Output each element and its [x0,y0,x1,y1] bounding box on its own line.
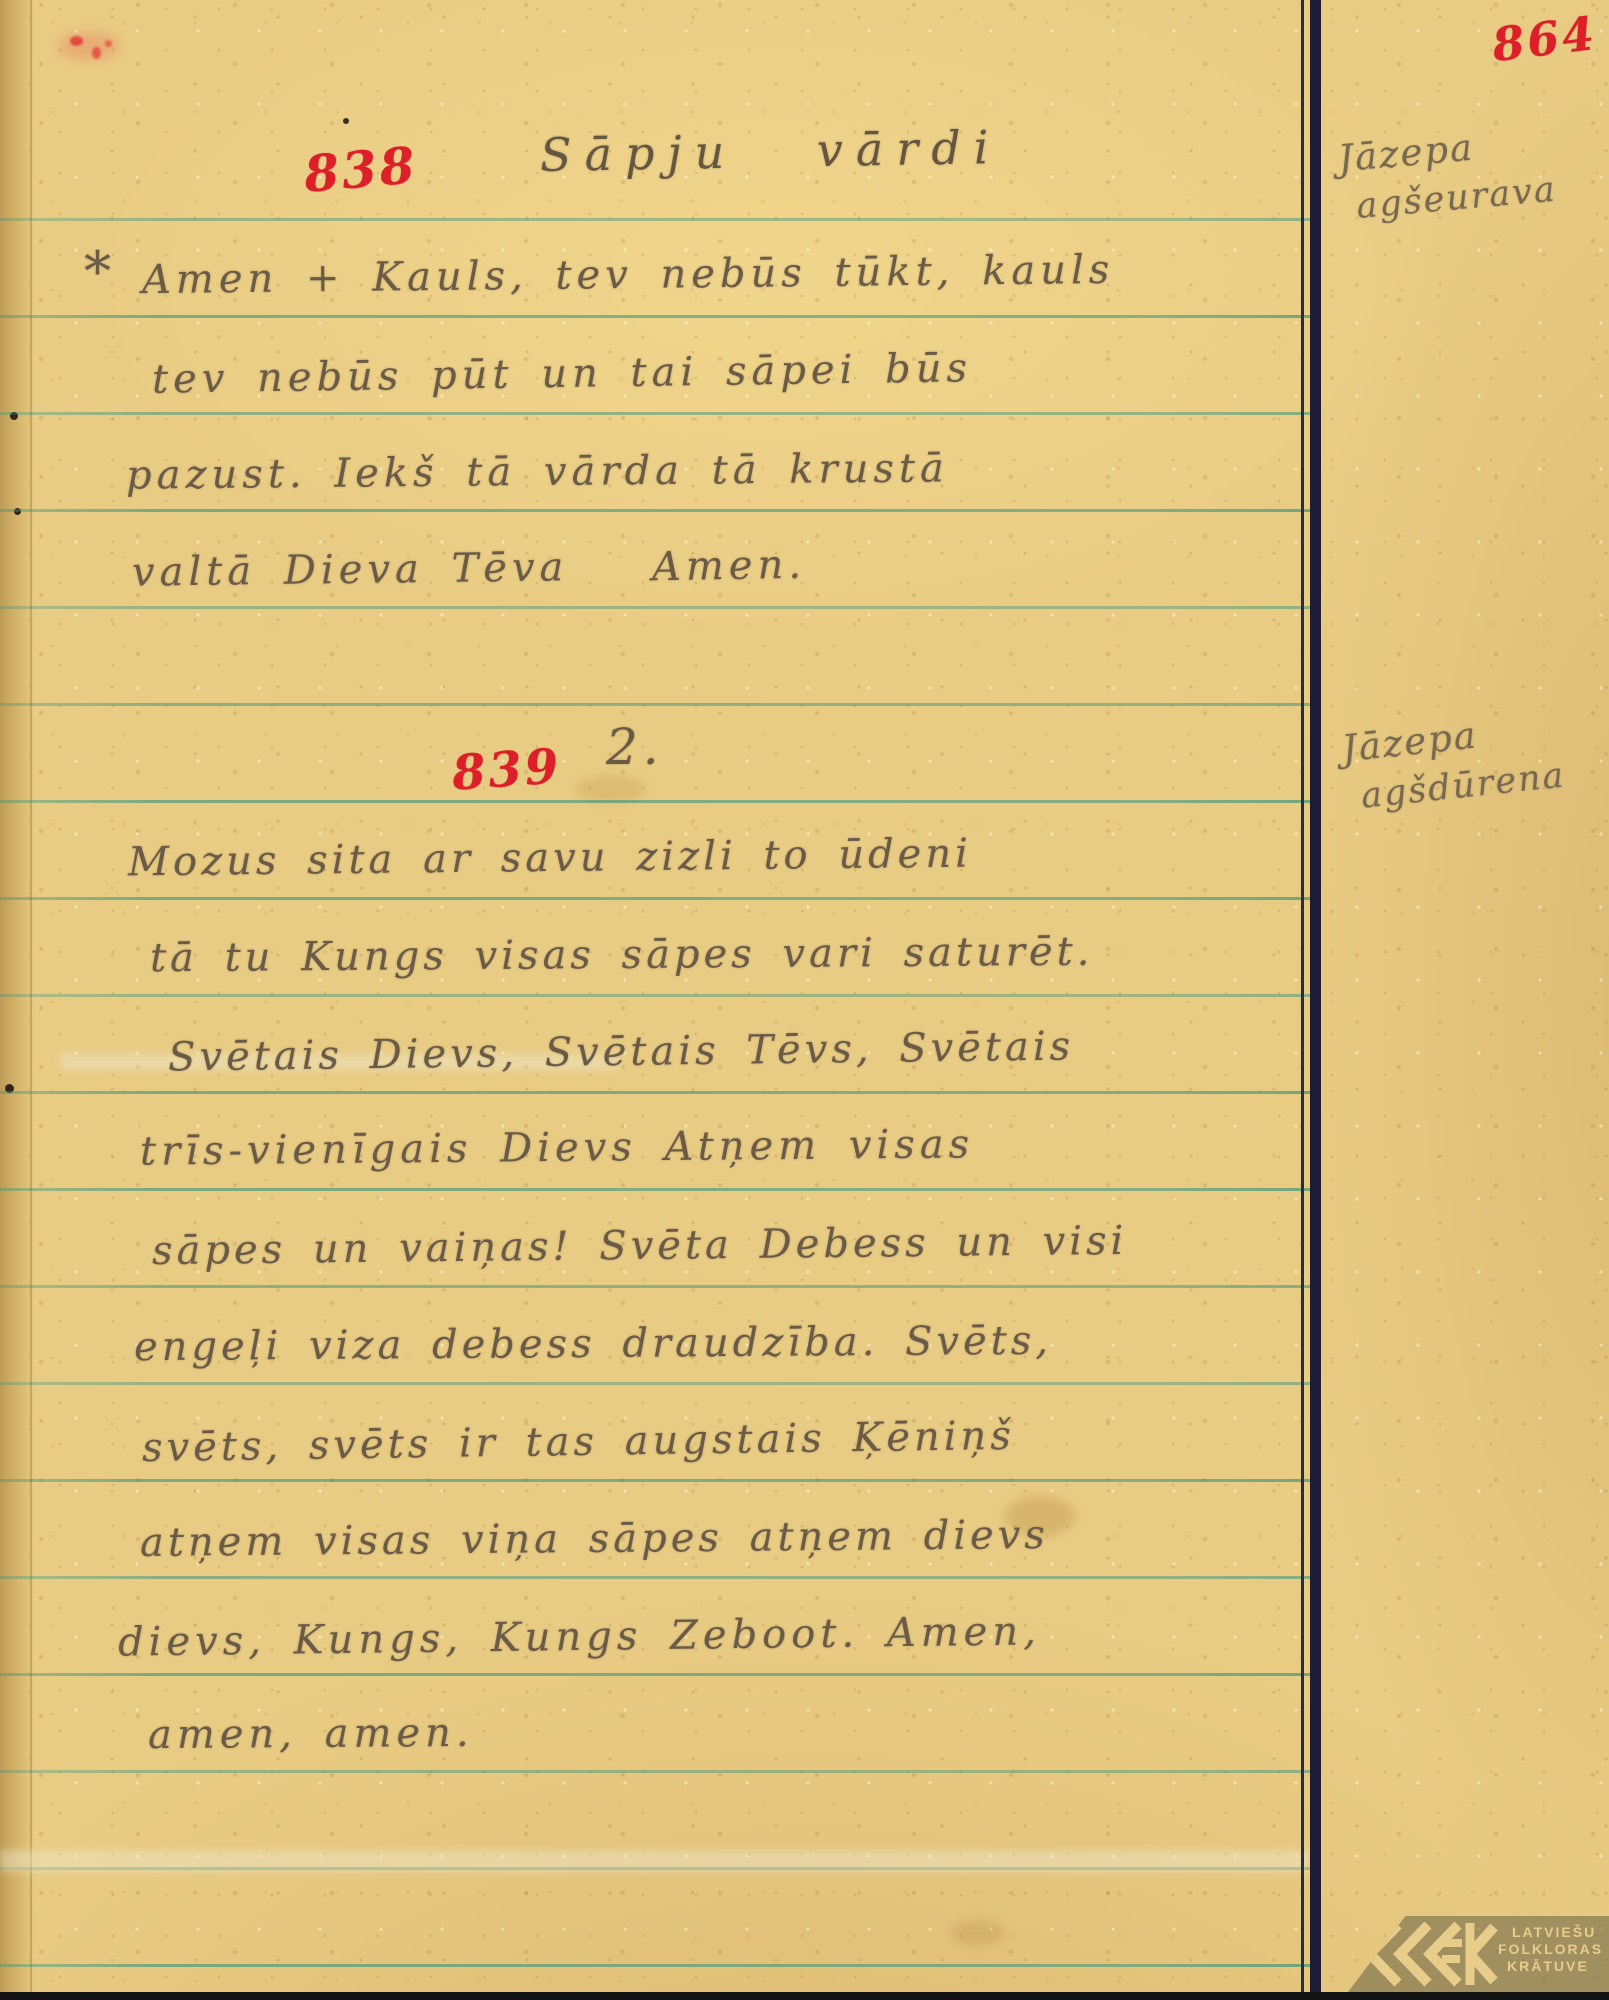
margin-note-2-line-1: Jāzepa [1340,713,1480,770]
ruled-line [0,412,1312,415]
entry-839-line-7: svēts, svēts ir tas augstais Ķēniņš [142,1414,1015,1470]
entry-838-line-3: pazust. Iekš tā vārda tā krustā [126,446,949,497]
ruled-line [0,315,1312,318]
stamp-line-2: FOLKLORAS [1498,1941,1603,1958]
red-ink-dot [92,47,101,59]
entry-839-line-2: tā tu Kungs visas sāpes vari saturēt. [150,930,1094,981]
entry-838-line-1: Amen + Kauls, tev nebūs tūkt, kauls [142,248,1115,302]
ruled-line [0,800,1312,803]
entry-839-line-10: amen, amen. [148,1711,474,1757]
entry-838-marker: * [84,242,111,301]
margin-note-1-line-1: Jāzepa [1336,126,1475,181]
archive-stamp-text: LATVIEŠU FOLKLORAS KRĀTUVE [1498,1924,1603,1975]
stamp-line-3: KRĀTUVE [1507,1958,1603,1975]
faded-band [0,1850,1310,1872]
margin-note-1-line-2: agšeurava [1355,170,1558,227]
paper-stain [950,1920,1005,1946]
entry-838-line-4: valtā Dieva Tēva [132,545,569,594]
page-number: 864 [1489,6,1600,72]
ruled-line [0,897,1312,900]
ruled-line [0,703,1312,706]
margin-note-1: Jāzepa agšeurava [1336,119,1558,228]
lfk-logo-icon [1362,1921,1498,1987]
ruled-line [0,509,1312,512]
entry-838-closing: Amen. [652,543,807,590]
entry-838-number: 838 [302,135,420,204]
entry-838-title: Sāpju vārdi [540,122,1002,181]
ruled-line [0,1285,1312,1288]
ruled-line [0,1091,1312,1094]
ruled-line [0,1770,1312,1773]
ink-speck [343,118,349,124]
entry-839-line-9: dievs, Kungs, Kungs Zeboot. Amen, [118,1609,1041,1664]
manuscript-page: 864 838 Sāpju vārdi * Amen + Kauls, tev … [0,0,1609,2000]
gutter-crease [30,0,32,2000]
paper-stain [575,775,645,803]
stamp-line-1: LATVIEŠU [1512,1924,1603,1941]
ruled-line [0,606,1312,609]
ruled-line [0,994,1312,997]
entry-839-subtitle: 2. [606,720,664,775]
entry-839-line-3: Svētais Dievs, Svētais Tēvs, Svētais [168,1024,1075,1079]
entry-839-number: 839 [450,738,563,801]
ruled-line [0,1673,1312,1676]
entry-839-line-4: trīs-vienīgais Dievs Atņem visas [140,1122,974,1173]
ruled-line [0,218,1312,221]
archive-watermark: LATVIEŠU FOLKLORAS KRĀTUVE [1348,1916,1609,1992]
ruled-line [0,1382,1312,1385]
entry-838-line-2: tev nebūs pūt un tai sāpei būs [152,346,973,401]
red-ink-dot [105,40,112,47]
ruled-line [0,1188,1312,1191]
entry-839-line-1: Mozus sita ar savu zizli to ūdeni [128,832,972,885]
entry-839-line-8: atņem visas viņa sāpes atņem dievs [140,1513,1049,1565]
margin-note-2: Jāzepa agšdūrena [1340,705,1567,818]
entry-839-line-5: sāpes un vaiņas! Svēta Debess un visi [152,1219,1128,1273]
red-ink-dot [70,36,83,46]
ruled-line [0,1479,1312,1482]
margin-divider-thin [1301,0,1304,2000]
scan-edge [0,1992,1609,2000]
ruled-line [0,1964,1312,1967]
ruled-line [0,1576,1312,1579]
margin-divider [1310,0,1321,2000]
entry-839-line-6: engeļi viza debess draudzība. Svēts, [134,1319,1052,1369]
